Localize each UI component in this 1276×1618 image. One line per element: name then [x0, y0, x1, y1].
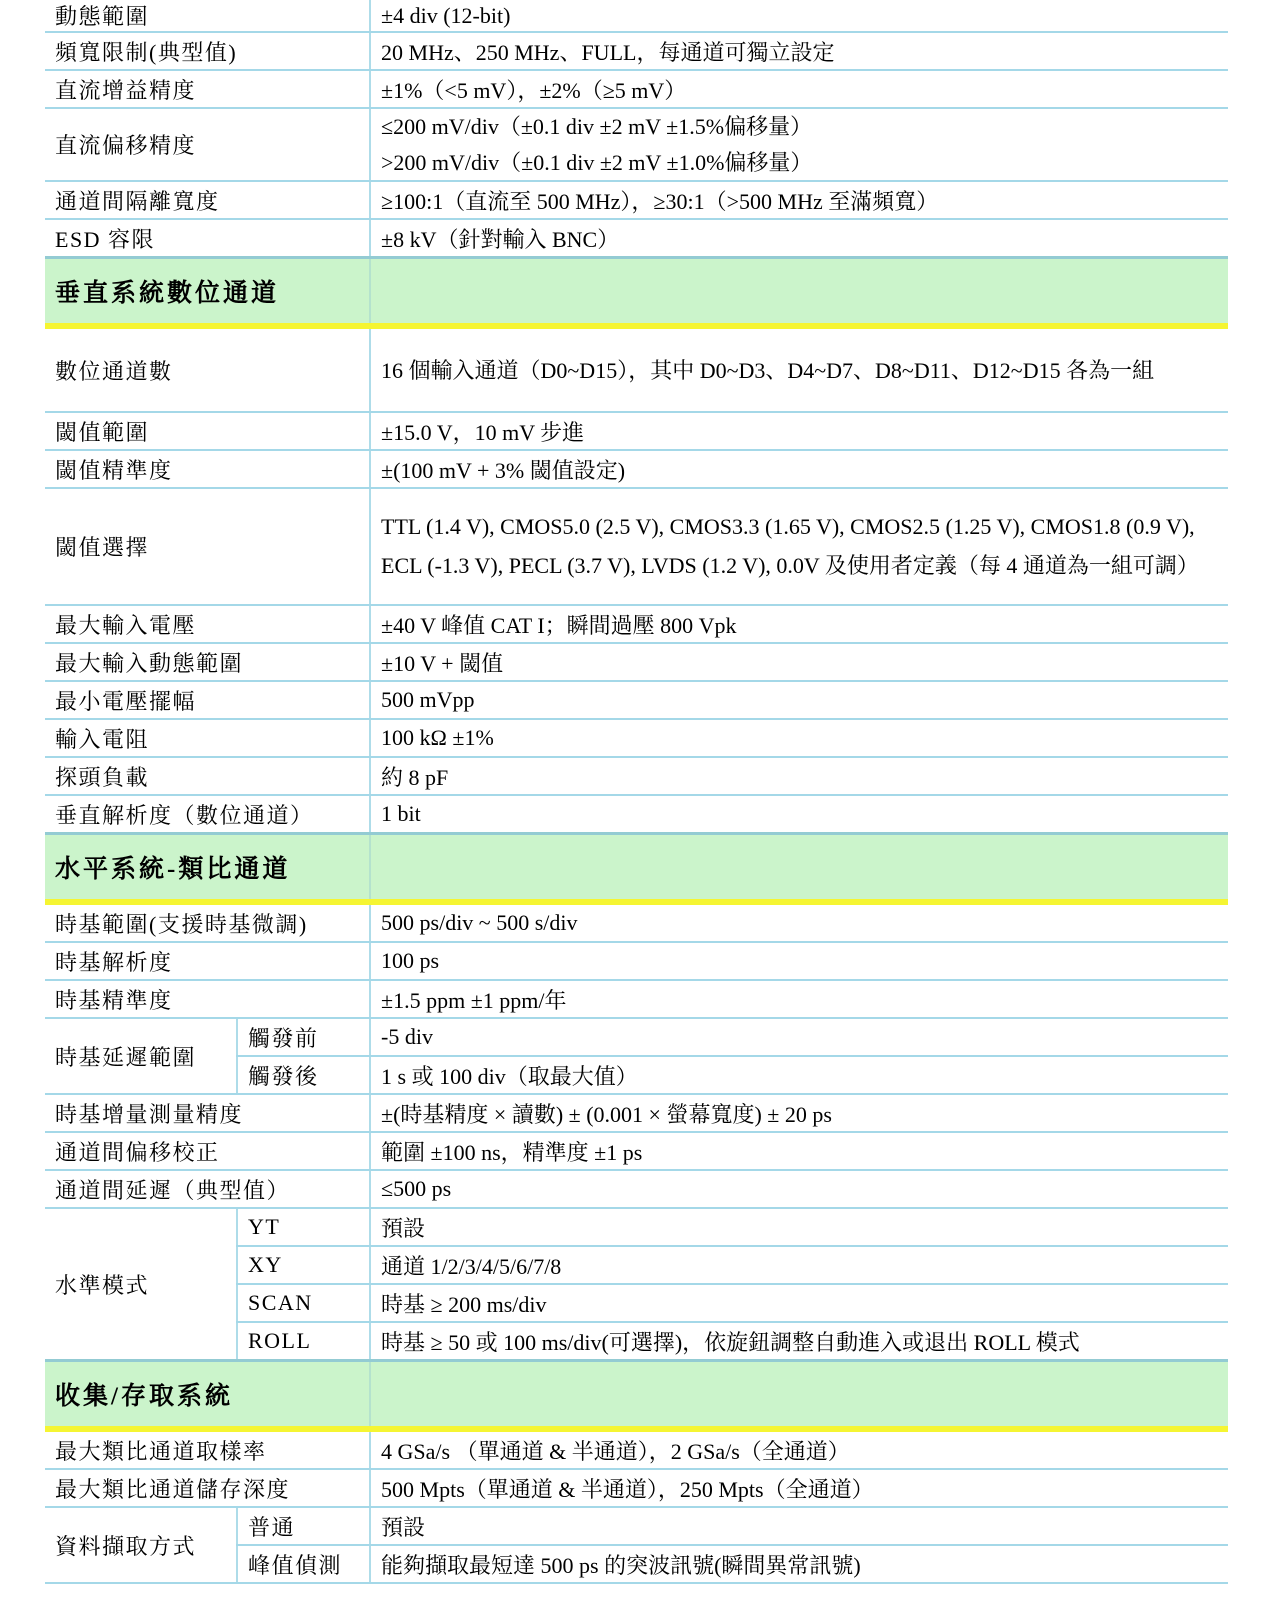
- spec-value: 預設: [370, 1208, 1228, 1246]
- spec-label: 最大類比通道取樣率: [45, 1429, 370, 1469]
- spec-label: 探頭負載: [45, 757, 370, 795]
- spec-label: 時基範圍(支援時基微調): [45, 902, 370, 942]
- table-row: 最大類比通道取樣率 4 GSa/s （單通道 & 半通道），2 GSa/s（全通…: [45, 1429, 1228, 1469]
- spec-value: 範圍 ±100 ns，精準度 ±1 ps: [370, 1132, 1228, 1170]
- spec-value: ≤200 mV/div（±0.1 div ±2 mV ±1.5%偏移量） >20…: [370, 108, 1228, 181]
- spec-value: 時基 ≥ 50 或 100 ms/div(可選擇)，依旋鈕調整自動進入或退出 R…: [370, 1322, 1228, 1361]
- section-header-row: 水平系統-類比通道: [45, 834, 1228, 903]
- spec-sub-label: 普通: [237, 1507, 370, 1545]
- section-header-spacer: [370, 834, 1228, 903]
- table-row: 時基增量測量精度 ±(時基精度 × 讀數) ± (0.001 × 螢幕寬度) ±…: [45, 1094, 1228, 1132]
- spec-value: ±1.5 ppm ±1 ppm/年: [370, 980, 1228, 1018]
- spec-label: 時基增量測量精度: [45, 1094, 370, 1132]
- spec-value: ≤500 ps: [370, 1170, 1228, 1208]
- table-row: 垂直解析度（數位通道） 1 bit: [45, 795, 1228, 834]
- spec-sub-label: SCAN: [237, 1284, 370, 1322]
- spec-sub-label: XY: [237, 1246, 370, 1284]
- spec-label: 通道間隔離寬度: [45, 181, 370, 219]
- section-header-spacer: [370, 1361, 1228, 1430]
- spec-value: ±15.0 V，10 mV 步進: [370, 412, 1228, 450]
- table-row: 最大輸入動態範圍 ±10 V + 閾值: [45, 643, 1228, 681]
- table-row: 數位通道數 16 個輸入通道（D0~D15），其中 D0~D3、D4~D7、D8…: [45, 326, 1228, 412]
- table-row: 時基範圍(支援時基微調) 500 ps/div ~ 500 s/div: [45, 902, 1228, 942]
- table-row: 探頭負載 約 8 pF: [45, 757, 1228, 795]
- table-row: 通道間延遲（典型值） ≤500 ps: [45, 1170, 1228, 1208]
- spec-label: 時基精準度: [45, 980, 370, 1018]
- spec-label: 閾值範圍: [45, 412, 370, 450]
- table-row: 直流增益精度 ±1%（<5 mV），±2%（≥5 mV）: [45, 70, 1228, 108]
- table-row: 閾值精準度 ±(100 mV + 3% 閾值設定): [45, 450, 1228, 488]
- spec-label: 垂直解析度（數位通道）: [45, 795, 370, 834]
- table-row-group: 時基延遲範圍 觸發前 -5 div: [45, 1018, 1228, 1056]
- spec-value: 預設: [370, 1507, 1228, 1545]
- section-title: 收集/存取系統: [45, 1361, 370, 1430]
- spec-value-line: ≤200 mV/div（±0.1 div ±2 mV ±1.5%偏移量）: [381, 109, 1218, 145]
- spec-label: 最大輸入動態範圍: [45, 643, 370, 681]
- spec-table: 動態範圍 ±4 div (12-bit) 頻寬限制(典型值) 20 MHz、25…: [45, 0, 1228, 1584]
- table-row: 頻寬限制(典型值) 20 MHz、250 MHz、FULL，每通道可獨立設定: [45, 32, 1228, 70]
- table-row: 時基解析度 100 ps: [45, 942, 1228, 980]
- table-row: 動態範圍 ±4 div (12-bit): [45, 0, 1228, 32]
- table-row: 通道間隔離寬度 ≥100:1（直流至 500 MHz），≥30:1（>500 M…: [45, 181, 1228, 219]
- spec-value: ±40 V 峰值 CAT I；瞬間過壓 800 Vpk: [370, 605, 1228, 643]
- spec-group-label: 時基延遲範圍: [45, 1018, 237, 1094]
- spec-label: 閾值精準度: [45, 450, 370, 488]
- section-header-row: 垂直系統數位通道: [45, 258, 1228, 327]
- spec-sub-label: YT: [237, 1208, 370, 1246]
- section-header-spacer: [370, 258, 1228, 327]
- spec-document-page: 動態範圍 ±4 div (12-bit) 頻寬限制(典型值) 20 MHz、25…: [0, 0, 1276, 1594]
- spec-value: 能夠擷取最短達 500 ps 的突波訊號(瞬間異常訊號): [370, 1545, 1228, 1583]
- spec-value: 20 MHz、250 MHz、FULL，每通道可獨立設定: [370, 32, 1228, 70]
- spec-value: ±(時基精度 × 讀數) ± (0.001 × 螢幕寬度) ± 20 ps: [370, 1094, 1228, 1132]
- section-header-row: 收集/存取系統: [45, 1361, 1228, 1430]
- spec-value: 500 mVpp: [370, 681, 1228, 719]
- spec-label: 直流增益精度: [45, 70, 370, 108]
- spec-label: 通道間偏移校正: [45, 1132, 370, 1170]
- spec-value: TTL (1.4 V), CMOS5.0 (2.5 V), CMOS3.3 (1…: [370, 488, 1228, 605]
- table-row: 最大類比通道儲存深度 500 Mpts（單通道 & 半通道），250 Mpts（…: [45, 1469, 1228, 1507]
- spec-value: ±4 div (12-bit): [370, 0, 1228, 32]
- table-row: 閾值選擇 TTL (1.4 V), CMOS5.0 (2.5 V), CMOS3…: [45, 488, 1228, 605]
- spec-label: 最大類比通道儲存深度: [45, 1469, 370, 1507]
- table-row: 直流偏移精度 ≤200 mV/div（±0.1 div ±2 mV ±1.5%偏…: [45, 108, 1228, 181]
- table-row: 通道間偏移校正 範圍 ±100 ns，精準度 ±1 ps: [45, 1132, 1228, 1170]
- spec-label: 直流偏移精度: [45, 108, 370, 181]
- spec-value: 4 GSa/s （單通道 & 半通道），2 GSa/s（全通道）: [370, 1429, 1228, 1469]
- spec-value: ±8 kV（針對輸入 BNC）: [370, 219, 1228, 258]
- table-row: 輸入電阻 100 kΩ ±1%: [45, 719, 1228, 757]
- spec-value: 100 kΩ ±1%: [370, 719, 1228, 757]
- spec-group-label: 水準模式: [45, 1208, 237, 1361]
- spec-label: 動態範圍: [45, 0, 370, 32]
- table-row: 閾值範圍 ±15.0 V，10 mV 步進: [45, 412, 1228, 450]
- table-row-group: 資料擷取方式 普通 預設: [45, 1507, 1228, 1545]
- spec-value: ±(100 mV + 3% 閾值設定): [370, 450, 1228, 488]
- spec-value: 500 Mpts（單通道 & 半通道），250 Mpts（全通道）: [370, 1469, 1228, 1507]
- spec-sub-label: 觸發前: [237, 1018, 370, 1056]
- spec-label: 閾值選擇: [45, 488, 370, 605]
- spec-group-label: 資料擷取方式: [45, 1507, 237, 1583]
- spec-value: ±10 V + 閾值: [370, 643, 1228, 681]
- table-row: 最小電壓擺幅 500 mVpp: [45, 681, 1228, 719]
- table-row: 最大輸入電壓 ±40 V 峰值 CAT I；瞬間過壓 800 Vpk: [45, 605, 1228, 643]
- spec-value: ≥100:1（直流至 500 MHz），≥30:1（>500 MHz 至滿頻寬）: [370, 181, 1228, 219]
- spec-value: 1 bit: [370, 795, 1228, 834]
- spec-label: 數位通道數: [45, 326, 370, 412]
- spec-value-line: >200 mV/div（±0.1 div ±2 mV ±1.0%偏移量）: [381, 145, 1218, 181]
- spec-value: 16 個輸入通道（D0~D15），其中 D0~D3、D4~D7、D8~D11、D…: [370, 326, 1228, 412]
- spec-value: 時基 ≥ 200 ms/div: [370, 1284, 1228, 1322]
- spec-label: 最大輸入電壓: [45, 605, 370, 643]
- spec-value: 100 ps: [370, 942, 1228, 980]
- spec-sub-label: 峰值偵測: [237, 1545, 370, 1583]
- spec-label: 最小電壓擺幅: [45, 681, 370, 719]
- spec-value: 500 ps/div ~ 500 s/div: [370, 902, 1228, 942]
- spec-label: ESD 容限: [45, 219, 370, 258]
- spec-value: -5 div: [370, 1018, 1228, 1056]
- spec-value: ±1%（<5 mV），±2%（≥5 mV）: [370, 70, 1228, 108]
- spec-label: 輸入電阻: [45, 719, 370, 757]
- spec-value: 通道 1/2/3/4/5/6/7/8: [370, 1246, 1228, 1284]
- section-title: 垂直系統數位通道: [45, 258, 370, 327]
- spec-value: 約 8 pF: [370, 757, 1228, 795]
- spec-label: 頻寬限制(典型值): [45, 32, 370, 70]
- spec-sub-label: 觸發後: [237, 1056, 370, 1094]
- section-title: 水平系統-類比通道: [45, 834, 370, 903]
- spec-value: 1 s 或 100 div（取最大值）: [370, 1056, 1228, 1094]
- spec-label: 通道間延遲（典型值）: [45, 1170, 370, 1208]
- spec-sub-label: ROLL: [237, 1322, 370, 1361]
- spec-label: 時基解析度: [45, 942, 370, 980]
- table-row: 時基精準度 ±1.5 ppm ±1 ppm/年: [45, 980, 1228, 1018]
- table-row: ESD 容限 ±8 kV（針對輸入 BNC）: [45, 219, 1228, 258]
- table-row-group: 水準模式 YT 預設: [45, 1208, 1228, 1246]
